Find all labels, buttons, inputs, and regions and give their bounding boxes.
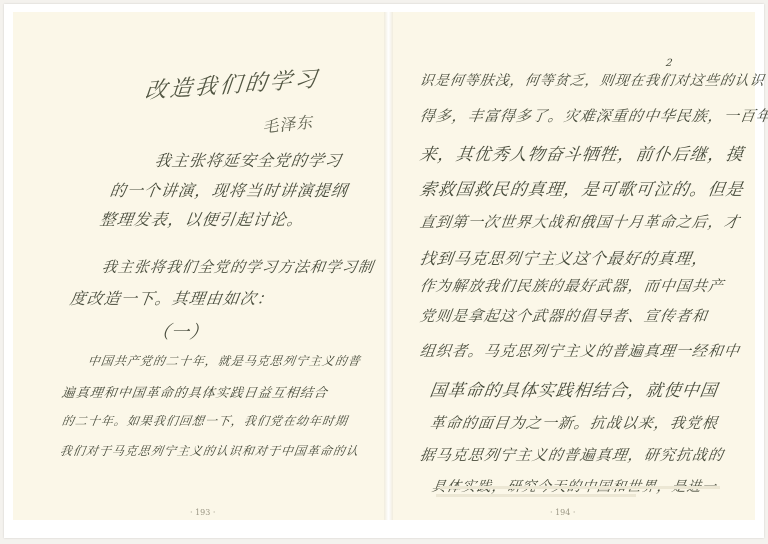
manuscript-line: 国革命的具体实践相结合，就使中国 xyxy=(428,376,720,401)
manuscript-line: 组织者。马克思列宁主义的普遍真理一经和中 xyxy=(419,340,742,361)
faint-footnote-line xyxy=(436,494,636,497)
manuscript-line: 来，其优秀人物奋斗牺牲，前仆后继，摸 xyxy=(418,140,746,165)
paragraph-line: 我主张将我们全党的学习方法和学习制 xyxy=(69,256,376,277)
manuscript-line: 得多，丰富得多了。灾难深重的中华民族，一百年 xyxy=(419,105,768,126)
paragraph-line: 遍真理和中国革命的具体实践日益互相结合 xyxy=(61,382,330,401)
manuscript-line: 革命的面目为之一新。抗战以来，我党根 xyxy=(429,412,720,433)
manuscript-line: 作为解放我们民族的最好武器，而中国共产 xyxy=(419,275,726,296)
manuscript-line: 识是何等肤浅，何等贫乏，则现在我们对这些的认识 xyxy=(419,70,767,90)
paragraph-line: 度改造一下。其理由如次： xyxy=(68,286,275,309)
manuscript-line: 据马克思列宁主义的普遍真理，研究抗战的 xyxy=(419,444,726,465)
page-number-left: · 193 · xyxy=(190,508,215,517)
intro-line: 我主张将延安全党的学习 xyxy=(136,148,343,171)
manuscript-line: 直到第一次世界大战和俄国十月革命之后，才 xyxy=(419,211,742,232)
paragraph-line: 中国共产党的二十年，就是马克思列宁主义的普 xyxy=(61,352,362,369)
book-gutter xyxy=(384,12,393,520)
page-number-right: · 194 · xyxy=(550,508,575,517)
margin-mark: 2 xyxy=(665,58,674,69)
section-marker: （一） xyxy=(150,318,211,344)
intro-line: 的一个讲演，现将当时讲演提纲 xyxy=(108,178,349,201)
manuscript-line: 党则是拿起这个武器的倡导者、宣传者和 xyxy=(419,305,710,326)
paragraph-line: 我们对于马克思列宁主义的认识和对于中国革命的认 xyxy=(59,442,360,459)
intro-line: 整理发表，以便引起讨论。 xyxy=(98,207,305,230)
manuscript-line: 索救国救民的真理，是可歌可泣的。但是 xyxy=(418,175,746,200)
manuscript-line: 找到马克思列宁主义这个最好的真理， xyxy=(418,246,710,269)
paragraph-line: 的二十年。如果我们回想一下，我们党在幼年时期 xyxy=(61,412,349,429)
faint-footnote-line xyxy=(440,486,720,489)
